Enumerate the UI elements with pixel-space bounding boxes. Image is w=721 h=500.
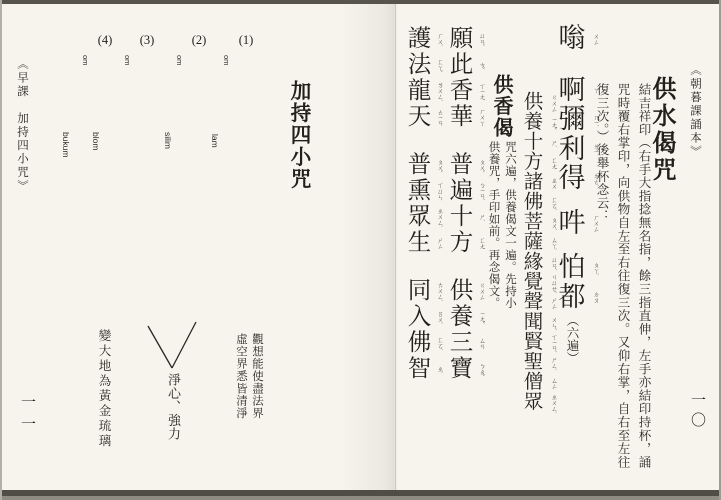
seed-syllable-romanization: bukum xyxy=(61,132,71,158)
zhuyin-annotation: ㄆㄚˋ xyxy=(592,261,599,275)
glyph: 方ㄈㄤ xyxy=(448,230,475,256)
zhuyin-annotation: ㄇㄧˊ xyxy=(592,114,599,126)
zhuyin-annotation: ㄖㄨˋ xyxy=(436,310,443,324)
running-title-right: 《朝暮課誦本》 xyxy=(687,64,703,159)
glyph: 養ㄧㄤˇ xyxy=(448,304,475,330)
mantra-item-1: (1) om lam 觀想能使盡法界虛空界悉皆清淨 xyxy=(233,33,259,52)
glyph: 利ㄌㄧˋ xyxy=(556,135,588,165)
water-mantra-column: 嗡ㄨㄥ啊ㄚ彌ㄇㄧˊ利ㄌㄧˋ得ㄉㄜˊ吽ㄏㄨㄥ怕ㄆㄚˋ都ㄉㄡ（六遍） xyxy=(556,24,588,364)
zhuyin-annotation: ㄅㄠˇ xyxy=(478,362,485,376)
glyph: 十ㄕˊ xyxy=(520,133,547,153)
incense-offering-instructions: 咒六遍，供養偈文一遍。先持小供養咒，手印如前。再念偈文。 xyxy=(486,141,516,309)
zhuyin-annotation: ㄈㄚˇ xyxy=(436,58,443,72)
glyph: 諸ㄓㄨ xyxy=(520,173,547,193)
glyph: 薩ㄙㄚˋ xyxy=(520,233,547,253)
glyph: 緣ㄩㄢˊ xyxy=(520,253,547,273)
glyph: 賢ㄒㄧㄢˊ xyxy=(520,333,547,353)
glyph: 遍ㄅㄧㄢˋ xyxy=(448,178,475,204)
glyph: 香ㄒㄧㄤ xyxy=(448,78,475,104)
glyph: 佛ㄈㄛˊ xyxy=(406,330,433,356)
zhuyin-annotation: ㄓㄨㄥˋ xyxy=(436,207,443,227)
vertical-text-line: 復三次。）後舉杯念云： xyxy=(593,83,610,469)
zhuyin-annotation: ㄒㄧㄤ xyxy=(478,83,485,100)
mantra-item-4: (4) om bukum 變大地為黃金琉璃 xyxy=(92,33,118,52)
glyph: 覺ㄐㄩㄝˊ xyxy=(520,273,547,293)
glyph: 華ㄏㄨㄚ xyxy=(448,104,475,130)
zhuyin-annotation: ㄕㄥˋ xyxy=(550,356,557,370)
om-romanization: om xyxy=(222,55,231,65)
vertical-text-line: 結吉祥印（右手大指捻無名指，餘三指直伸，左手亦結印持杯，誦 xyxy=(635,83,652,469)
spacer xyxy=(556,238,588,253)
scan-edge-left xyxy=(0,0,2,500)
zhuyin-annotation: ㄈㄤ xyxy=(550,157,557,169)
glyph: 聖ㄕㄥˋ xyxy=(520,353,547,373)
zhuyin-annotation: ㄈㄛˊ xyxy=(550,196,557,210)
glyph: 僧ㄙㄥ xyxy=(520,373,547,393)
glyph: 熏ㄒㄩㄣ xyxy=(406,178,433,204)
glyph: 生ㄕㄥ xyxy=(406,230,433,256)
pure-land-note: 變大地為黃金琉璃 xyxy=(97,329,110,449)
glyph: 供ㄍㄨㄥ xyxy=(448,278,475,304)
spacer xyxy=(448,130,475,152)
glyph: 佛ㄈㄛˊ xyxy=(520,193,547,213)
vertical-text-line: 觀想能使盡法界 xyxy=(250,333,263,419)
zhuyin-annotation: ㄒㄧㄢˊ xyxy=(550,334,557,352)
section-title-four-small-mantras: 加持四小咒 xyxy=(283,80,313,190)
item-number-label: (3) xyxy=(140,33,155,48)
zhuyin-annotation: ㄈㄛˊ xyxy=(436,336,443,350)
item-number-label: (2) xyxy=(192,33,207,48)
zhuyin-annotation: ㄚ xyxy=(592,87,599,93)
zhuyin-annotation: ㄓㄨ xyxy=(550,177,557,189)
zhuyin-annotation: ㄕㄥ xyxy=(550,297,557,309)
zhuyin-annotation: ㄓㄨㄥˋ xyxy=(550,393,557,413)
spacer xyxy=(406,130,433,152)
glyph: 智ㄓˋ xyxy=(406,356,433,382)
item-number-label: (4) xyxy=(98,33,113,48)
om-romanization: om xyxy=(123,55,132,65)
zhuyin-annotation: ㄈㄤ xyxy=(478,237,485,249)
zhuyin-annotation: ㄘˇ xyxy=(478,61,485,69)
glyph: 聲ㄕㄥ xyxy=(520,293,547,313)
zhuyin-annotation: ㄉㄡ xyxy=(592,291,599,303)
mantra-item-2: (2) om silim xyxy=(186,33,212,52)
zhuyin-annotation: ㄅㄧㄢˋ xyxy=(478,182,485,200)
bracket-note: 淨心、強力 xyxy=(164,373,183,441)
zhuyin-annotation: ㄆㄨˇ xyxy=(478,158,485,172)
zhuyin-annotation: ㄌㄧˋ xyxy=(592,143,599,155)
glyph: 得ㄉㄜˊ xyxy=(556,164,588,194)
section-title-incense-offering: 供香偈 xyxy=(487,74,516,139)
glyph: 聞ㄨㄣˊ xyxy=(520,313,547,333)
glyph: 入ㄖㄨˋ xyxy=(406,304,433,330)
bracket-v xyxy=(138,318,208,376)
vertical-text-line: 咒時覆右掌印，向供物自左至右往復三次。又仰右掌，自右至左往 xyxy=(614,83,631,469)
zhuyin-annotation: ㄆㄨˇ xyxy=(436,158,443,172)
glyph: 啊ㄚ xyxy=(556,76,588,106)
glyph: 同ㄊㄨㄥˊ xyxy=(406,278,433,304)
vertical-text-line: 供養咒，手印如前。再念偈文。 xyxy=(486,141,500,309)
glyph: 寶ㄅㄠˇ xyxy=(448,356,475,382)
zhuyin-annotation: ㄓˋ xyxy=(436,365,443,373)
zhuyin-annotation: ㄏㄨㄚ xyxy=(478,108,485,126)
glyph: 眾ㄓㄨㄥˋ xyxy=(520,393,547,413)
zhuyin-annotation: ㄆㄨˊ xyxy=(550,216,557,230)
om-romanization: om xyxy=(175,55,184,65)
zhuyin-annotation: ㄍㄨㄥ xyxy=(478,282,485,300)
glyph: 方ㄈㄤ xyxy=(520,153,547,173)
zhuyin-annotation: ㄊㄧㄢ xyxy=(436,109,443,126)
vertical-text-line: 變大地為黃金琉璃 xyxy=(97,329,110,449)
seed-syllable-romanization: blom xyxy=(91,132,101,150)
spacer xyxy=(556,54,588,76)
mantra-item-3: (3) om blom xyxy=(134,33,160,52)
incense-verse-column-2: 護ㄏㄨˋ法ㄈㄚˇ龍ㄌㄨㄥˊ天ㄊㄧㄢ普ㄆㄨˇ熏ㄒㄩㄣ眾ㄓㄨㄥˋ生ㄕㄥ同ㄊㄨㄥˊ入ㄖ… xyxy=(406,26,433,382)
book-gutter-line xyxy=(395,4,396,490)
spacer xyxy=(406,256,433,278)
zhuyin-annotation: ㄩㄢˊ xyxy=(550,256,557,270)
glyph: 普ㄆㄨˇ xyxy=(448,152,475,178)
glyph: 眾ㄓㄨㄥˋ xyxy=(406,204,433,230)
glyph: 供ㄍㄨㄥ xyxy=(520,93,547,113)
vertical-text-line: 虛空界悉皆清淨 xyxy=(234,333,247,419)
om-romanization: om xyxy=(81,55,90,65)
glyph: 吽ㄏㄨㄥ xyxy=(556,209,588,239)
page-number-right: 一〇 xyxy=(687,392,708,432)
visualization-note: 觀想能使盡法界虛空界悉皆清淨 xyxy=(234,333,263,419)
glyph: 法ㄈㄚˇ xyxy=(406,52,433,78)
repeat-count-note: （六遍） xyxy=(565,314,579,364)
running-title-left: 《早課 加持四小咒》 xyxy=(14,58,30,193)
spacer xyxy=(448,256,475,278)
zhuyin-annotation: ㄧㄤˇ xyxy=(550,117,557,129)
glyph: 願ㄩㄢˋ xyxy=(448,26,475,52)
vertical-text-line: 咒六遍，供養偈文一遍。先持小 xyxy=(503,141,517,309)
glyph: 此ㄘˇ xyxy=(448,52,475,78)
glyph: 菩ㄆㄨˊ xyxy=(520,213,547,233)
zhuyin-annotation: ㄌㄨㄥˊ xyxy=(436,81,443,101)
spacer xyxy=(556,194,588,209)
glyph: 嗡ㄨㄥ xyxy=(556,24,588,54)
zhuyin-annotation: ㄙㄚˋ xyxy=(550,236,557,250)
zhuyin-annotation: ㄏㄨˋ xyxy=(436,32,443,46)
glyph: 怕ㄆㄚˋ xyxy=(556,253,588,283)
incense-verse-column-1: 願ㄩㄢˋ此ㄘˇ香ㄒㄧㄤ華ㄏㄨㄚ普ㄆㄨˇ遍ㄅㄧㄢˋ十ㄕˊ方ㄈㄤ供ㄍㄨㄥ養ㄧㄤˇ三ㄙ… xyxy=(448,26,475,382)
zhuyin-annotation: ㄉㄜˊ xyxy=(592,172,599,186)
glyph: 龍ㄌㄨㄥˊ xyxy=(406,78,433,104)
glyph: 都ㄉㄡ xyxy=(556,283,588,313)
glyph: 三ㄙㄢ xyxy=(448,330,475,356)
glyph: 普ㄆㄨˇ xyxy=(406,152,433,178)
zhuyin-annotation: ㄕㄥ xyxy=(436,237,443,249)
offering-dedication-column: 供ㄍㄨㄥ養ㄧㄤˇ十ㄕˊ方ㄈㄤ諸ㄓㄨ佛ㄈㄛˊ菩ㄆㄨˊ薩ㄙㄚˋ緣ㄩㄢˊ覺ㄐㄩㄝˊ聲ㄕ… xyxy=(520,93,547,413)
zhuyin-annotation: ㄨㄣˊ xyxy=(550,316,557,330)
seed-syllable-romanization: lam xyxy=(210,134,220,148)
zhuyin-annotation: ㄙㄥ xyxy=(550,377,557,389)
seed-syllable-romanization: silim xyxy=(163,132,173,149)
glyph: 護ㄏㄨˋ xyxy=(406,26,433,52)
zhuyin-annotation: ㄨㄥ xyxy=(592,33,599,45)
scan-edge-bottom-shadow xyxy=(0,496,721,500)
glyph: 彌ㄇㄧˊ xyxy=(556,105,588,135)
zhuyin-annotation: ㄙㄢ xyxy=(478,337,485,349)
glyph: 十ㄕˊ xyxy=(448,204,475,230)
zhuyin-annotation: ㄍㄨㄥ xyxy=(550,94,557,112)
item-number-label: (1) xyxy=(239,33,254,48)
zhuyin-annotation: ㄊㄨㄥˊ xyxy=(436,281,443,301)
zhuyin-annotation: ㄕˊ xyxy=(478,213,485,221)
zhuyin-annotation: ㄏㄨㄥ xyxy=(592,214,599,232)
page-number-left: 一一 xyxy=(17,394,38,438)
zhuyin-annotation: ㄩㄢˋ xyxy=(478,32,485,46)
glyph: 天ㄊㄧㄢ xyxy=(406,104,433,130)
zhuyin-annotation: ㄧㄤˇ xyxy=(478,311,485,323)
zhuyin-annotation: ㄒㄩㄣ xyxy=(436,182,443,200)
zhuyin-annotation: ㄐㄩㄝˊ xyxy=(550,273,557,293)
zhuyin-annotation: ㄕˊ xyxy=(550,139,557,147)
water-offering-instructions: 結吉祥印（右手大指捻無名指，餘三指直伸，左手亦結印持杯，誦咒時覆右掌印，向供物自… xyxy=(593,83,652,469)
glyph: 養ㄧㄤˇ xyxy=(520,113,547,133)
